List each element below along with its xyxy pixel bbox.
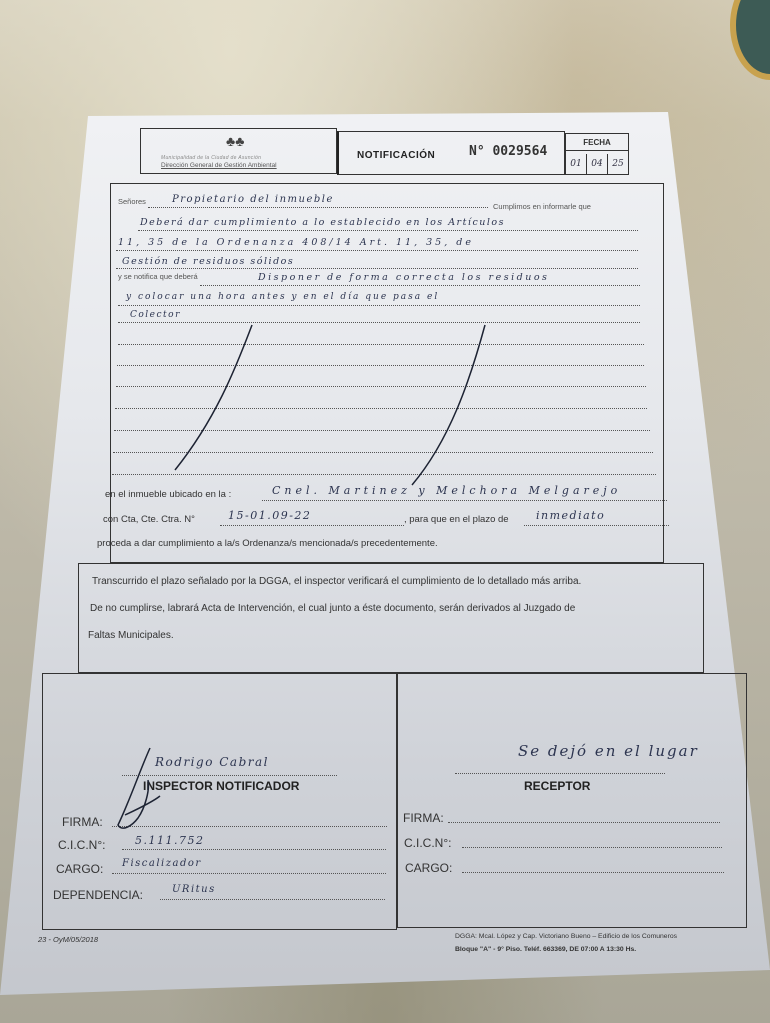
inspector-name: Rodrigo Cabral (155, 755, 269, 769)
plazo-value: inmediato (536, 509, 605, 522)
dotted-line (448, 822, 720, 823)
date-box: FECHA 01 04 25 (565, 133, 629, 175)
inspector-firma-label: FIRMA: (62, 815, 103, 829)
notice-line-2: De no cumplirse, labrará Acta de Interve… (90, 603, 575, 614)
notifica-label: y se notifica que deberá (118, 272, 198, 281)
date-cells: 01 04 25 (566, 154, 628, 174)
dotted-line (160, 899, 385, 900)
plazo-label: , para que en el plazo de (404, 514, 509, 525)
dotted-line (114, 430, 650, 431)
footer-address-line-1: DGGA: Mcal. López y Cap. Victoriano Buen… (455, 930, 677, 943)
dotted-line (116, 250, 638, 251)
dotted-line (462, 847, 722, 848)
cumplimos-label: Cumplimos en informarle que (493, 202, 591, 211)
dotted-line (112, 474, 656, 475)
dotted-line (138, 230, 638, 231)
cta-label: con Cta, Cte. Ctra. N° (103, 514, 195, 525)
form-code: 23 - OyM/05/2018 (38, 935, 98, 944)
senores-value: Propietario del inmueble (172, 194, 334, 205)
dotted-line (116, 268, 638, 269)
dotted-line (455, 773, 665, 774)
inspector-cic-value: 5.111.752 (135, 834, 204, 847)
dotted-line (115, 408, 647, 409)
dotted-line (116, 386, 646, 387)
inmueble-value: Cnel. Martinez y Melchora Melgarejo (272, 484, 621, 497)
dotted-line (117, 365, 644, 366)
inspector-title: INSPECTOR NOTIFICADOR (143, 779, 299, 793)
footer-address: DGGA: Mcal. López y Cap. Victoriano Buen… (455, 930, 677, 956)
dotted-line (122, 849, 386, 850)
inspector-cargo-label: CARGO: (56, 862, 103, 876)
receptor-section (397, 673, 747, 928)
receptor-name: Se dejó en el lugar (518, 742, 699, 760)
document-title: NOTIFICACIÓN (357, 150, 435, 161)
cumplimiento-text: proceda a dar cumplimiento a la/s Ordena… (97, 538, 438, 549)
date-month: 04 (587, 154, 608, 174)
receptor-cargo-label: CARGO: (405, 861, 452, 875)
dotted-line (200, 285, 640, 286)
inspector-cic-label: C.I.C.N°: (58, 838, 105, 852)
dotted-line (118, 322, 640, 323)
dotted-line (122, 775, 337, 776)
date-year: 25 (608, 154, 628, 174)
receptor-title: RECEPTOR (524, 779, 590, 793)
document-number: N° 0029564 (469, 144, 547, 159)
dotted-line (112, 873, 386, 874)
notifica-line-1: Disponer de forma correcta los residuos (258, 272, 549, 283)
dotted-line (113, 452, 653, 453)
notifica-line-2: y colocar una hora antes y en el día que… (126, 292, 439, 302)
inspector-dependencia-label: DEPENDENCIA: (53, 888, 143, 902)
footer-address-line-2: Bloque "A" - 9° Piso. Teléf. 663369, DE … (455, 943, 677, 956)
inspector-dependencia-value: URitus (172, 884, 216, 895)
dotted-line (118, 344, 644, 345)
header-title-box: NOTIFICACIÓN N° 0029564 (337, 131, 565, 175)
dotted-line (112, 826, 387, 827)
senores-label: Señores (118, 197, 146, 206)
inspector-cargo-value: Fiscalizador (122, 858, 202, 869)
dotted-line (462, 872, 724, 873)
dotted-line (148, 207, 488, 208)
notification-form: ♣♣ Municipalidad de la Ciudad de Asunció… (0, 0, 770, 1023)
dotted-line (262, 500, 667, 501)
info-line-2: 11, 35 de la Ordenanza 408/14 Art. 11, 3… (118, 237, 474, 248)
cta-value: 15-01.09-22 (228, 509, 311, 522)
dotted-line (220, 525, 404, 526)
dotted-line (524, 525, 669, 526)
receptor-firma-label: FIRMA: (403, 811, 444, 825)
date-label: FECHA (566, 138, 628, 151)
municipal-logo-icon: ♣♣ (226, 133, 244, 149)
logo-municipality-text: Municipalidad de la Ciudad de Asunción (161, 155, 261, 161)
notifica-line-3: Colector (130, 310, 181, 320)
notice-line-1: Transcurrido el plazo señalado por la DG… (92, 576, 581, 587)
info-line-3: Gestión de residuos sólidos (122, 256, 294, 267)
info-line-1: Deberá dar cumplimiento a lo establecido… (140, 217, 505, 228)
notice-line-3: Faltas Municipales. (88, 630, 174, 641)
receptor-cic-label: C.I.C.N°: (404, 836, 451, 850)
dotted-line (118, 305, 640, 306)
header-logo-box: ♣♣ Municipalidad de la Ciudad de Asunció… (140, 128, 337, 174)
date-day: 01 (566, 154, 587, 174)
inmueble-label: en el inmueble ubicado en la : (105, 489, 231, 500)
logo-directorate-text: Dirección General de Gestión Ambiental (161, 162, 277, 169)
